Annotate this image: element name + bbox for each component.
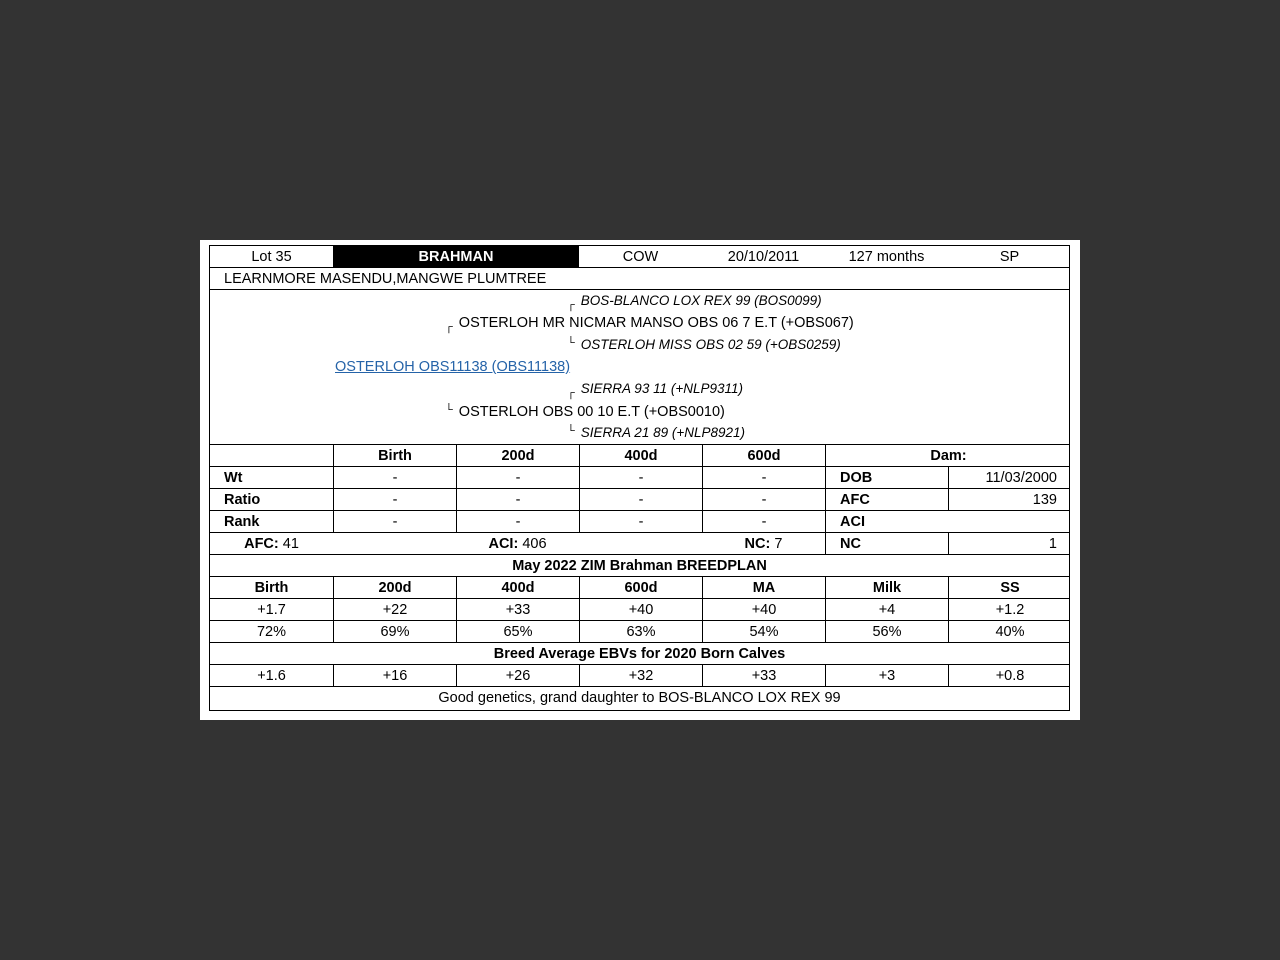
comment: Good genetics, grand daughter to BOS-BLA… bbox=[210, 687, 1069, 709]
perf-col-birth: Birth bbox=[333, 445, 456, 466]
breedplan-accuracy-6: 40% bbox=[948, 621, 1071, 642]
breed-badge: BRAHMAN bbox=[333, 246, 579, 267]
dam-aci-label: ACI bbox=[825, 511, 948, 532]
perf-row-rank: Rank - - - - ACI bbox=[210, 511, 1069, 533]
breedplan-ebv-2: +33 bbox=[456, 599, 579, 620]
breedplan-accuracy-2: 65% bbox=[456, 621, 579, 642]
dam-afc-label: AFC bbox=[825, 489, 948, 510]
breedplan-ebv-4: +40 bbox=[702, 599, 825, 620]
breed-average-value-3: +32 bbox=[579, 665, 702, 686]
breedplan-ebv-row: +1.7+22+33+40+40+4+1.2 bbox=[210, 599, 1069, 621]
breed-average-value-1: +16 bbox=[333, 665, 456, 686]
dam-nc-label: NC bbox=[825, 533, 948, 554]
breed-average-value-6: +0.8 bbox=[948, 665, 1071, 686]
breed-average-value-4: +33 bbox=[702, 665, 825, 686]
breedplan-accuracy-0: 72% bbox=[210, 621, 333, 642]
breedplan-col-4: MA bbox=[702, 577, 825, 598]
lot-sheet: Lot 35 BRAHMAN COW 20/10/2011 127 months… bbox=[209, 245, 1070, 711]
code: SP bbox=[948, 246, 1071, 267]
connector-top-icon: ┌ bbox=[567, 387, 575, 399]
dam-dob-label: DOB bbox=[825, 467, 948, 488]
summary-afc: AFC: 41 bbox=[210, 533, 333, 554]
connector-bottom-icon: └ bbox=[445, 404, 453, 416]
comment-row: Good genetics, grand daughter to BOS-BLA… bbox=[210, 687, 1069, 709]
breedplan-ebv-1: +22 bbox=[333, 599, 456, 620]
perf-row-wt: Wt - - - - DOB 11/03/2000 bbox=[210, 467, 1069, 489]
perf-col-400d: 400d bbox=[579, 445, 702, 466]
subject-link[interactable]: OSTERLOH OBS11138 (OBS11138) bbox=[335, 359, 570, 375]
breedplan-col-1: 200d bbox=[333, 577, 456, 598]
dam-dob-value: 11/03/2000 bbox=[948, 467, 1071, 488]
breedplan-title: May 2022 ZIM Brahman BREEDPLAN bbox=[210, 555, 1069, 576]
sex: COW bbox=[579, 246, 702, 267]
breedplan-col-2: 400d bbox=[456, 577, 579, 598]
pedigree-sire: ┌OSTERLOH MR NICMAR MANSO OBS 06 7 E.T (… bbox=[445, 315, 854, 331]
breed-average-title: Breed Average EBVs for 2020 Born Calves bbox=[210, 643, 1069, 664]
breedplan-col-5: Milk bbox=[825, 577, 948, 598]
dam-afc-value: 139 bbox=[948, 489, 1071, 510]
pedigree-dam-dam: └SIERRA 21 89 (+NLP8921) bbox=[567, 425, 745, 440]
lot-card: Lot 35 BRAHMAN COW 20/10/2011 127 months… bbox=[200, 240, 1080, 720]
summary-row: AFC: 41 ACI: 406 NC: 7 NC 1 bbox=[210, 533, 1069, 555]
perf-row-ratio: Ratio - - - - AFC 139 bbox=[210, 489, 1069, 511]
breedplan-accuracy-1: 69% bbox=[333, 621, 456, 642]
age: 127 months bbox=[825, 246, 948, 267]
breed-average-row: +1.6+16+26+32+33+3+0.8 bbox=[210, 665, 1069, 687]
dam-nc-value: 1 bbox=[948, 533, 1071, 554]
breedplan-title-row: May 2022 ZIM Brahman BREEDPLAN bbox=[210, 555, 1069, 577]
owner-name: LEARNMORE MASENDU,MANGWE PLUMTREE bbox=[210, 268, 1069, 289]
dam-aci-value bbox=[948, 511, 1071, 532]
breedplan-col-3: 600d bbox=[579, 577, 702, 598]
breedplan-header-row: Birth200d400d600dMAMilkSS bbox=[210, 577, 1069, 599]
breedplan-ebv-5: +4 bbox=[825, 599, 948, 620]
connector-top-icon: ┌ bbox=[445, 321, 453, 333]
pedigree-subject[interactable]: OSTERLOH OBS11138 (OBS11138) bbox=[335, 359, 570, 375]
pedigree-dam: └OSTERLOH OBS 00 10 E.T (+OBS0010) bbox=[445, 404, 725, 420]
breedplan-accuracy-4: 54% bbox=[702, 621, 825, 642]
pedigree-dam-sire: ┌SIERRA 93 11 (+NLP9311) bbox=[567, 381, 743, 396]
breedplan-accuracy-row: 72%69%65%63%54%56%40% bbox=[210, 621, 1069, 643]
breedplan-col-6: SS bbox=[948, 577, 1071, 598]
pedigree-sire-sire: ┌BOS-BLANCO LOX REX 99 (BOS0099) bbox=[567, 293, 822, 308]
connector-top-icon: ┌ bbox=[567, 299, 575, 311]
summary-nc: NC: 7 bbox=[702, 533, 825, 554]
perf-col-200d: 200d bbox=[456, 445, 579, 466]
owner-row: LEARNMORE MASENDU,MANGWE PLUMTREE bbox=[210, 268, 1069, 290]
breedplan-ebv-3: +40 bbox=[579, 599, 702, 620]
breedplan-ebv-6: +1.2 bbox=[948, 599, 1071, 620]
perf-col-600d: 600d bbox=[702, 445, 825, 466]
performance-header-row: Birth 200d 400d 600d Dam: bbox=[210, 445, 1069, 467]
breedplan-accuracy-5: 56% bbox=[825, 621, 948, 642]
connector-bottom-icon: └ bbox=[567, 425, 575, 437]
breedplan-accuracy-3: 63% bbox=[579, 621, 702, 642]
pedigree-section: ┌BOS-BLANCO LOX REX 99 (BOS0099) ┌OSTERL… bbox=[210, 290, 1069, 445]
breed-average-value-5: +3 bbox=[825, 665, 948, 686]
pedigree-sire-dam: └OSTERLOH MISS OBS 02 59 (+OBS0259) bbox=[567, 337, 841, 352]
date-of-birth: 20/10/2011 bbox=[702, 246, 825, 267]
breed-average-value-2: +26 bbox=[456, 665, 579, 686]
breedplan-ebv-0: +1.7 bbox=[210, 599, 333, 620]
header-row: Lot 35 BRAHMAN COW 20/10/2011 127 months… bbox=[210, 246, 1069, 268]
connector-bottom-icon: └ bbox=[567, 337, 575, 349]
breed-average-title-row: Breed Average EBVs for 2020 Born Calves bbox=[210, 643, 1069, 665]
dam-title: Dam: bbox=[825, 445, 1071, 466]
breedplan-col-0: Birth bbox=[210, 577, 333, 598]
summary-aci: ACI: 406 bbox=[456, 533, 579, 554]
breed-average-value-0: +1.6 bbox=[210, 665, 333, 686]
lot-number: Lot 35 bbox=[210, 246, 333, 267]
